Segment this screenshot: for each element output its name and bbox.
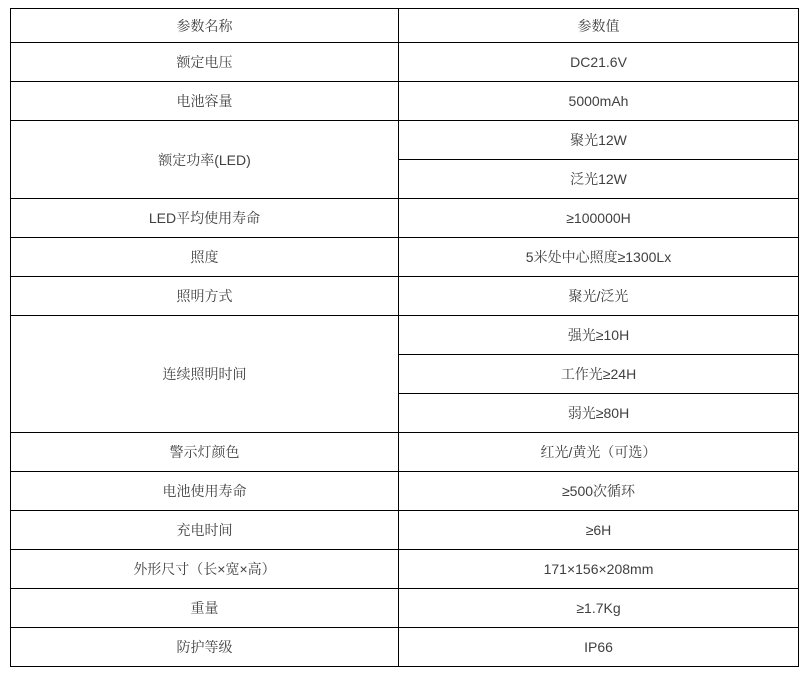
- table-row: 外形尺寸（长×宽×高） 171×156×208mm: [11, 550, 799, 589]
- param-name-cell: 额定功率(LED): [11, 121, 399, 199]
- param-value-cell: 171×156×208mm: [399, 550, 799, 589]
- param-value-cell: ≥1.7Kg: [399, 589, 799, 628]
- header-param-value: 参数值: [399, 9, 799, 43]
- param-name-cell: 充电时间: [11, 511, 399, 550]
- table-row: 电池使用寿命 ≥500次循环: [11, 472, 799, 511]
- param-value-cell: ≥500次循环: [399, 472, 799, 511]
- spec-table: 参数名称 参数值 额定电压 DC21.6V 电池容量 5000mAh 额定功率(…: [10, 8, 799, 667]
- table-row: 额定功率(LED) 聚光12W: [11, 121, 799, 160]
- param-value-cell: 弱光≥80H: [399, 394, 799, 433]
- page: 参数名称 参数值 额定电压 DC21.6V 电池容量 5000mAh 额定功率(…: [0, 0, 805, 675]
- table-row: 照度 5米处中心照度≥1300Lx: [11, 238, 799, 277]
- param-name-cell: 电池使用寿命: [11, 472, 399, 511]
- param-value-cell: 聚光12W: [399, 121, 799, 160]
- param-value-cell: 泛光12W: [399, 160, 799, 199]
- param-name-cell: 外形尺寸（长×宽×高）: [11, 550, 399, 589]
- param-name-cell: 连续照明时间: [11, 316, 399, 433]
- param-value-cell: ≥6H: [399, 511, 799, 550]
- param-value-cell: 聚光/泛光: [399, 277, 799, 316]
- table-row: 警示灯颜色 红光/黄光（可选）: [11, 433, 799, 472]
- header-param-name: 参数名称: [11, 9, 399, 43]
- table-row: 电池容量 5000mAh: [11, 82, 799, 121]
- table-row: 防护等级 IP66: [11, 628, 799, 667]
- table-row: LED平均使用寿命 ≥100000H: [11, 199, 799, 238]
- param-value-cell: 5米处中心照度≥1300Lx: [399, 238, 799, 277]
- param-value-cell: IP66: [399, 628, 799, 667]
- param-value-cell: 强光≥10H: [399, 316, 799, 355]
- param-name-cell: LED平均使用寿命: [11, 199, 399, 238]
- param-name-cell: 警示灯颜色: [11, 433, 399, 472]
- param-name-cell: 照明方式: [11, 277, 399, 316]
- param-name-cell: 重量: [11, 589, 399, 628]
- table-row: 照明方式 聚光/泛光: [11, 277, 799, 316]
- param-name-cell: 照度: [11, 238, 399, 277]
- param-value-cell: 红光/黄光（可选）: [399, 433, 799, 472]
- table-row: 充电时间 ≥6H: [11, 511, 799, 550]
- param-name-cell: 额定电压: [11, 43, 399, 82]
- table-row: 额定电压 DC21.6V: [11, 43, 799, 82]
- param-value-cell: ≥100000H: [399, 199, 799, 238]
- param-value-cell: 工作光≥24H: [399, 355, 799, 394]
- table-row: 连续照明时间 强光≥10H: [11, 316, 799, 355]
- table-row: 重量 ≥1.7Kg: [11, 589, 799, 628]
- param-value-cell: DC21.6V: [399, 43, 799, 82]
- table-header-row: 参数名称 参数值: [11, 9, 799, 43]
- param-name-cell: 防护等级: [11, 628, 399, 667]
- param-name-cell: 电池容量: [11, 82, 399, 121]
- param-value-cell: 5000mAh: [399, 82, 799, 121]
